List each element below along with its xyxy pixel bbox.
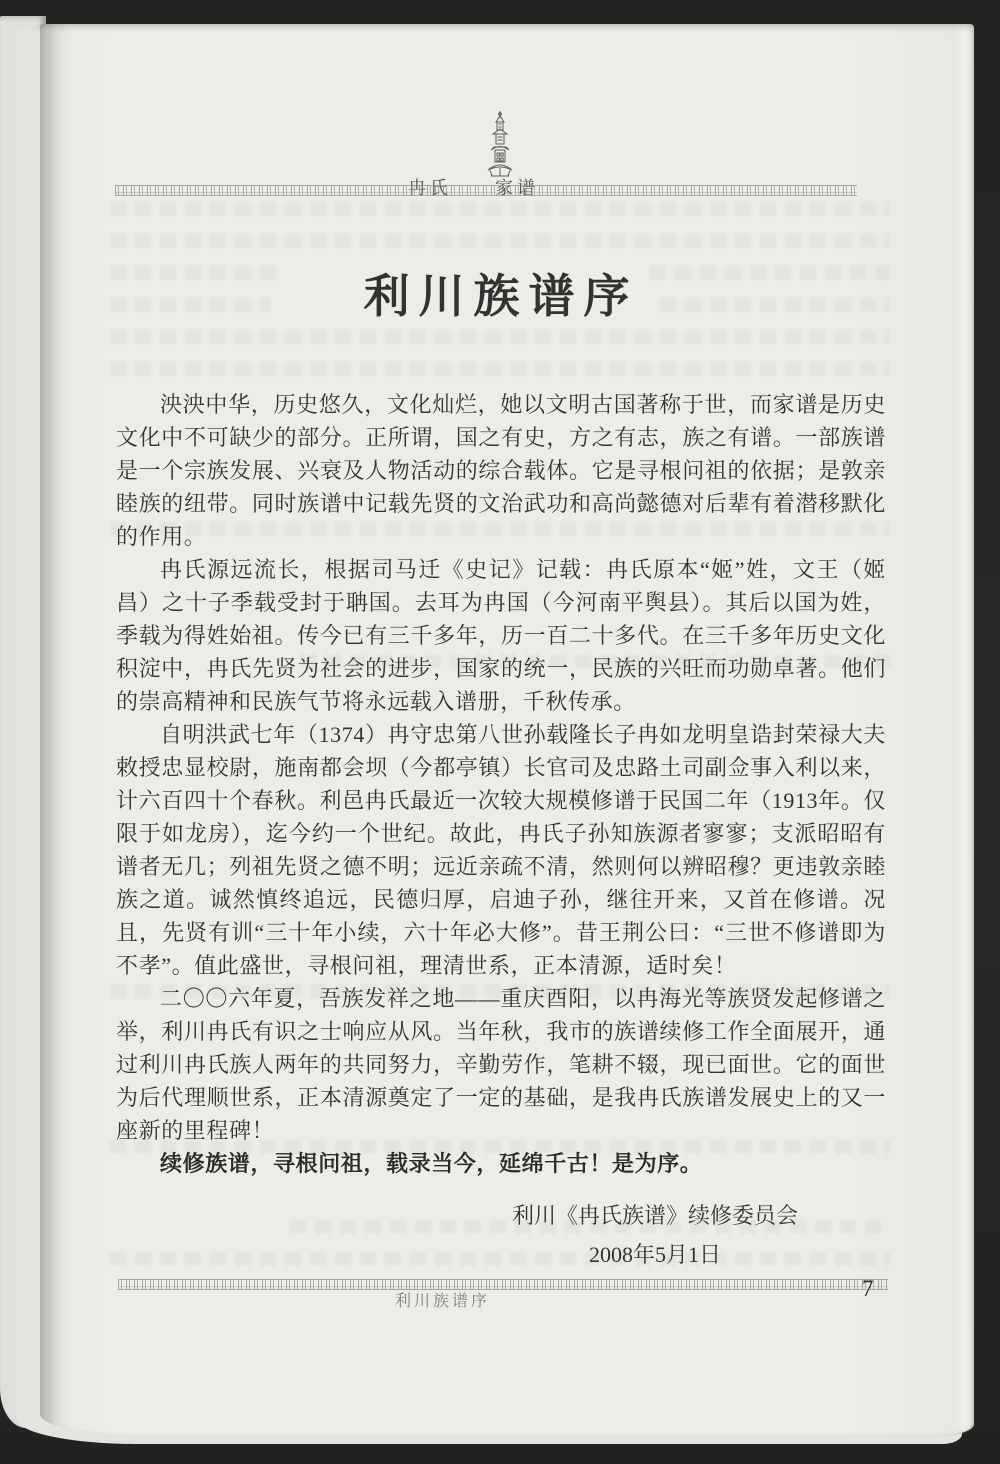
page: 冉氏 家谱 利川族谱序 xyxy=(40,24,972,1436)
footer-running-title: 利川族谱序 xyxy=(395,1288,695,1311)
signature-committee: 利川《冉氏族谱》续修委员会 xyxy=(485,1196,825,1235)
page-title: 利川族谱序 xyxy=(116,266,886,328)
binding-crease-shadow xyxy=(40,24,70,1436)
scanned-book-page: 冉氏 家谱 利川族谱序 xyxy=(0,0,1000,1464)
paragraph: 自明洪武七年（1374）冉守忠第八世孙载隆长子冉如龙明皇诰封荣禄大夫敕授忠显校尉… xyxy=(116,718,886,982)
paragraph: 泱泱中华，历史悠久，文化灿烂，她以文明古国著称于世，而家谱是历史文化中不可缺少的… xyxy=(116,388,886,553)
preface-body: 泱泱中华，历史悠久，文化灿烂，她以文明古国著称于世，而家谱是历史文化中不可缺少的… xyxy=(116,388,886,1180)
bleed-through xyxy=(110,330,890,344)
page-number: 7 xyxy=(862,1276,874,1302)
header-ornament-border xyxy=(115,185,857,196)
bleed-through xyxy=(110,234,890,248)
signature-block: 利川《冉氏族谱》续修委员会 2008年5月1日 xyxy=(485,1196,825,1274)
paragraph: 冉氏源远流长，根据司马迁《史记》记载：冉氏原本“姬”姓，文王（姬昌）之十子季载受… xyxy=(116,553,886,718)
bleed-through xyxy=(110,202,890,216)
bleed-through xyxy=(110,362,890,376)
signature-date: 2008年5月1日 xyxy=(485,1235,825,1274)
closing-line: 续修族谱，寻根问祖，载录当今，延绵千古！是为序。 xyxy=(116,1147,886,1180)
paragraph: 二〇〇六年夏，吾族发祥之地——重庆酉阳，以冉海光等族贤发起修谱之举，利川冉氏有识… xyxy=(116,982,886,1147)
